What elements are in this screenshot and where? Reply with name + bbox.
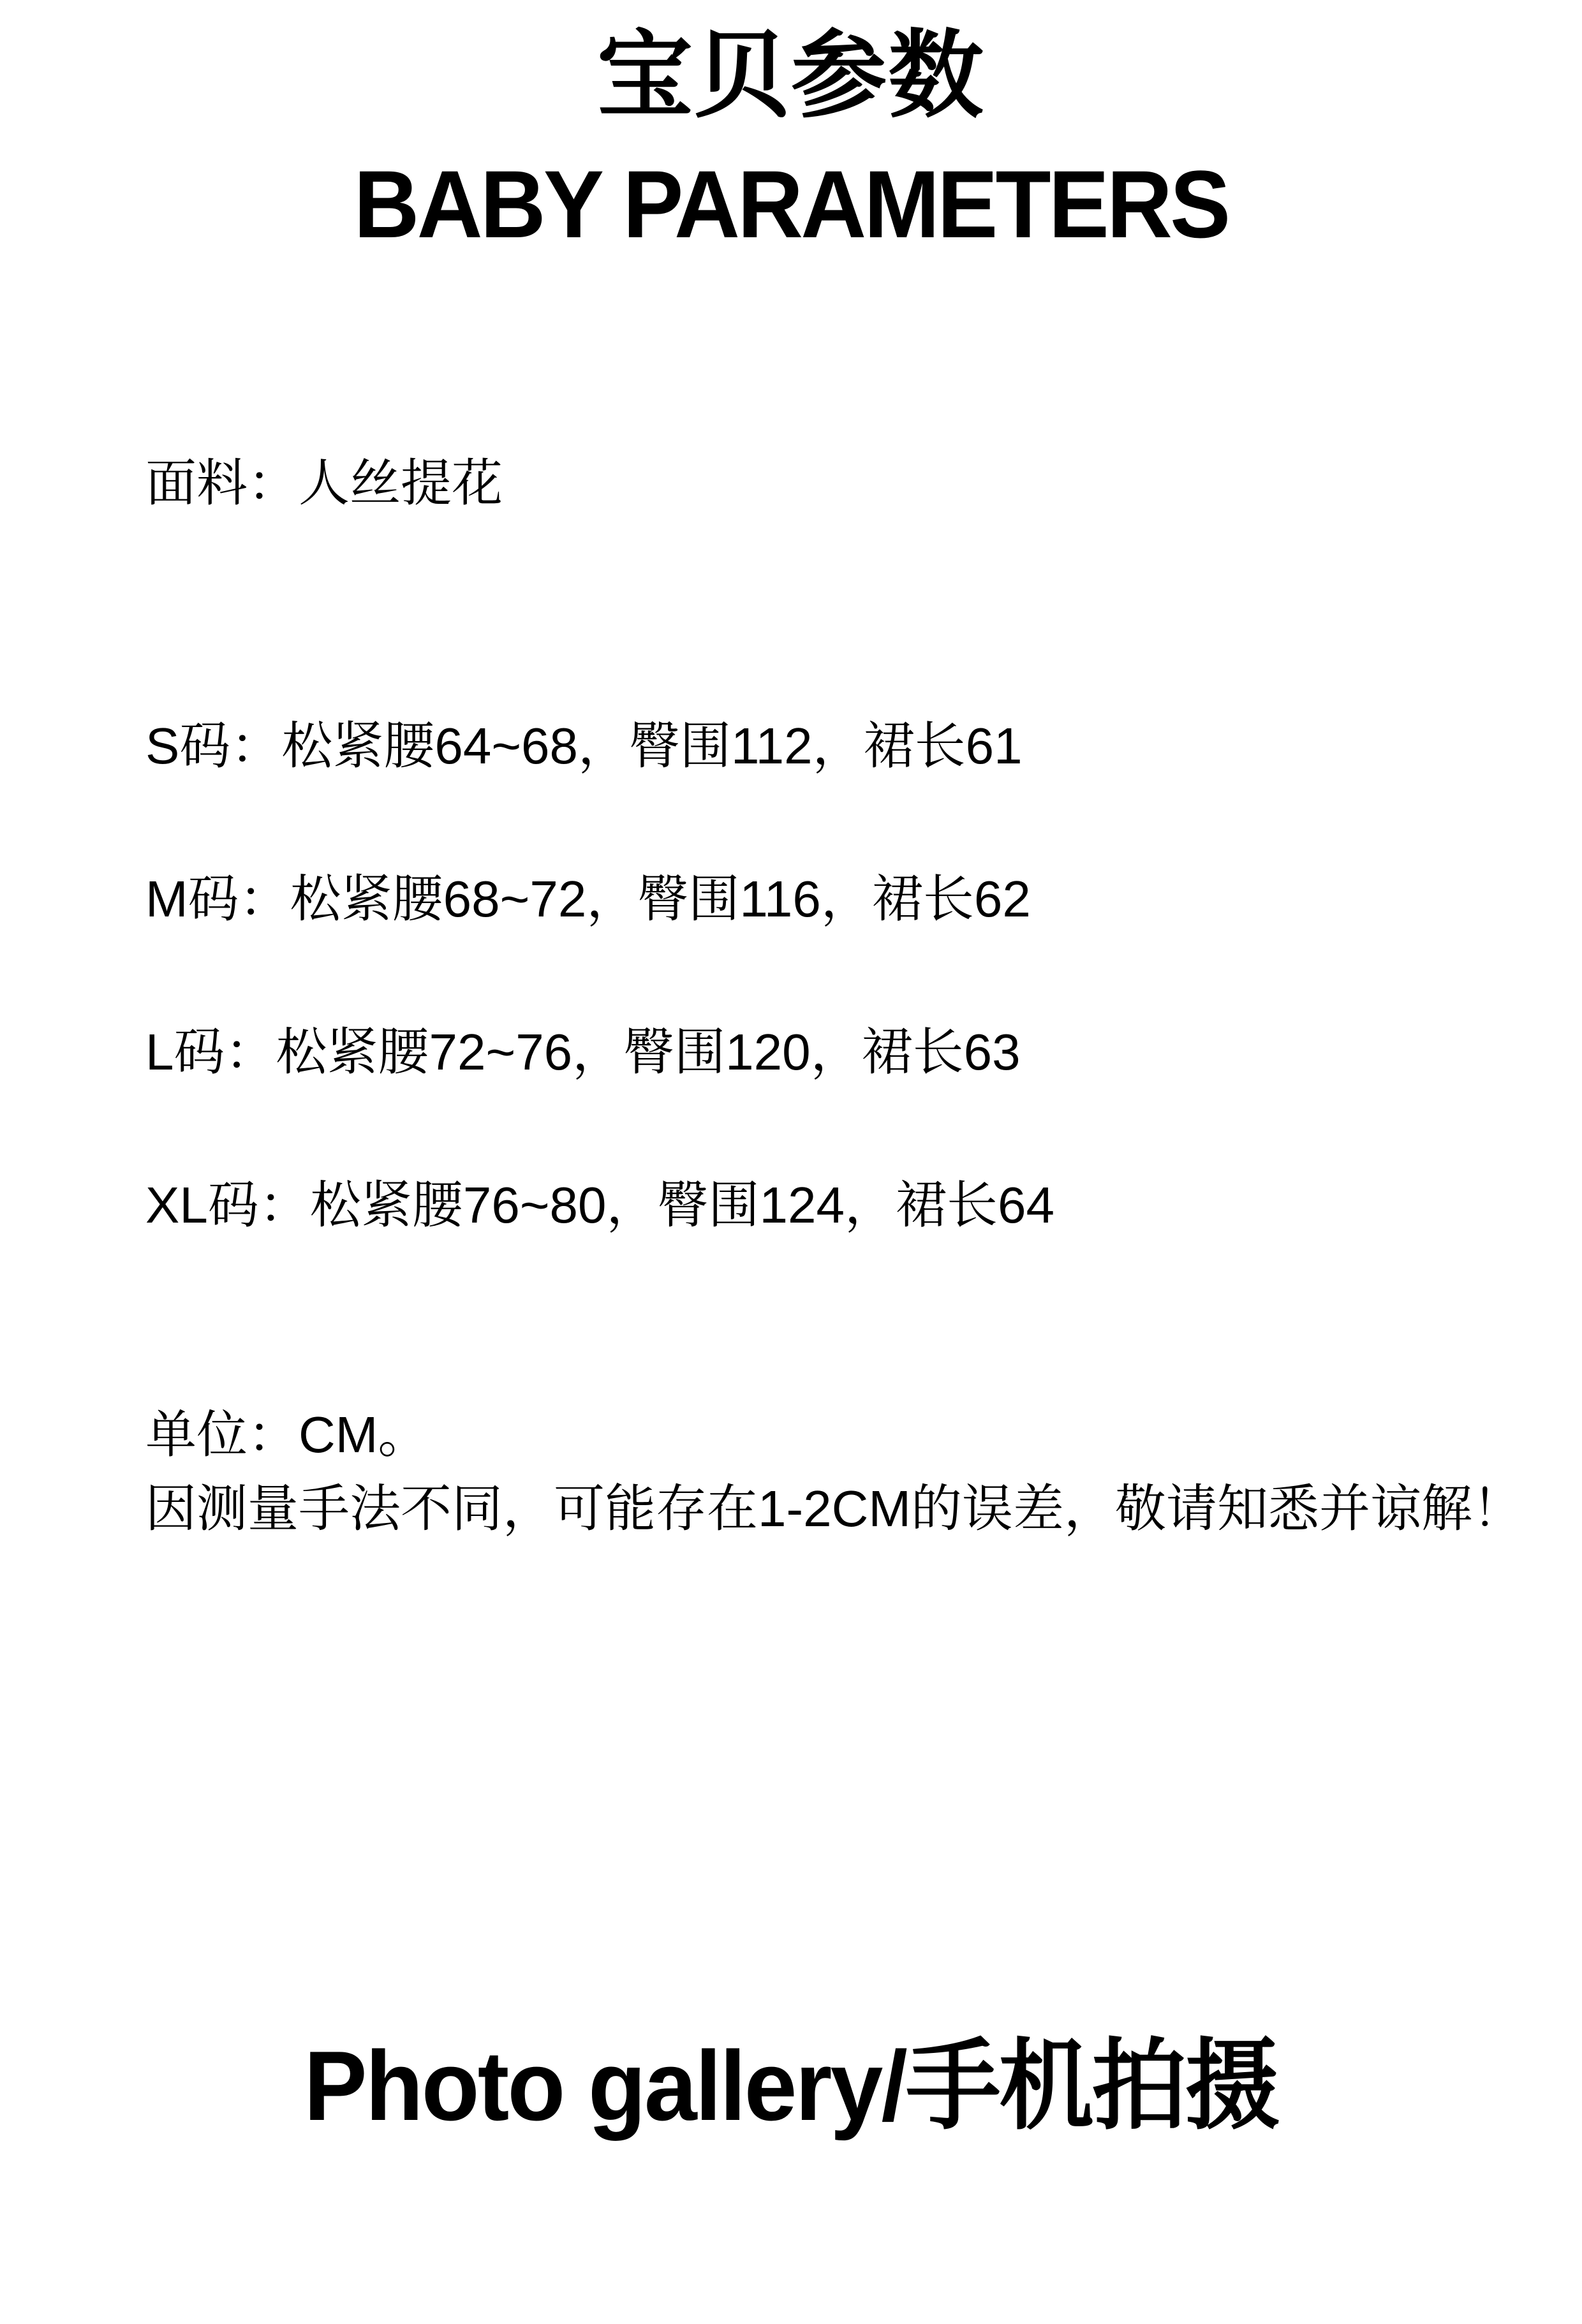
size-row-xl: XL码：松紧腰76~80，臀围124，裙长64 <box>145 1175 1505 1236</box>
unit-note-text: 单位：CM。 <box>145 1404 1505 1466</box>
product-parameters-page: 宝贝参数 BABY PARAMETERS 面料：人丝提花 S码：松紧腰64~68… <box>0 0 1582 2324</box>
page-title-chinese: 宝贝参数 <box>0 23 1582 128</box>
page-title-english: BABY PARAMETERS <box>40 152 1542 257</box>
size-row-l: L码：松紧腰72~76，臀围120，裙长63 <box>145 1022 1505 1083</box>
size-row-s: S码：松紧腰64~68，臀围112，裙长61 <box>145 716 1505 777</box>
size-row-m: M码：松紧腰68~72，臀围116，裙长62 <box>145 869 1505 930</box>
fabric-info-text: 面料：人丝提花 <box>145 453 1505 514</box>
measurement-disclaimer-text: 因测量手法不同，可能存在1-2CM的误差，敬请知悉并谅解！ <box>145 1478 1505 1540</box>
photo-gallery-heading: Photo gallery/手机拍摄 <box>32 2027 1551 2145</box>
